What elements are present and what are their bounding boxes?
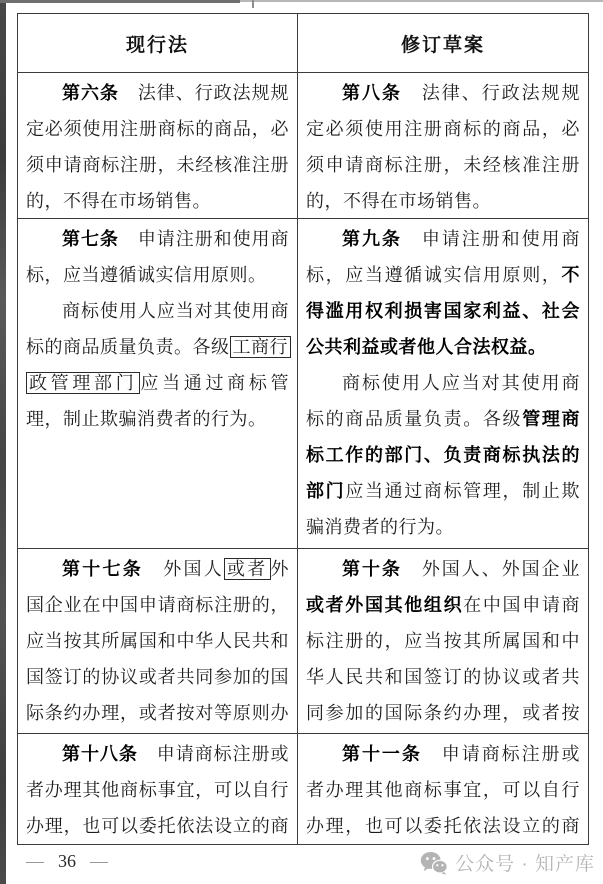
header-current-law: 现行法 (18, 14, 298, 72)
wechat-watermark: 公众号 · 知产库 (420, 849, 595, 876)
top-divider-remnant (252, 0, 254, 8)
page-number-dash-left: — (26, 851, 44, 872)
table-row-article-17-vs-10: 第十七条 外国人或者外国企业在中国申请商标注册的，应当按其所属国和中华人民共和国… (18, 549, 588, 734)
document-page: { "page": { "background": "#ffffff", "bo… (0, 0, 603, 884)
cell-draft-article-10: 第十条 外国人、外国企业或者外国其他组织在中国申请商标注册的，应当按其所属国和中… (298, 549, 588, 733)
cell-draft-article-8: 第八条 法律、行政法规规定必须使用注册商标的商品，必须申请商标注册，未经核准注册… (298, 73, 588, 218)
top-border-remnant (0, 0, 240, 3)
table-row-article-7-vs-9: 第七条 申请注册和使用商标，应当遵循诚实信用原则。商标使用人应当对其使用商标的商… (18, 219, 588, 549)
top-border-remnant-light (240, 0, 603, 2)
law-comparison-table: 现行法 修订草案 第六条 法律、行政法规规定必须使用注册商标的商品，必须申请商标… (17, 13, 589, 845)
page-number-value: 36 (58, 851, 76, 872)
cell-current-law-article-17: 第十七条 外国人或者外国企业在中国申请商标注册的，应当按其所属国和中华人民共和国… (18, 549, 298, 733)
cell-draft-article-9: 第九条 申请注册和使用商标，应当遵循诚实信用原则，不得滥用权利损害国家利益、社会… (298, 219, 588, 548)
cell-current-law-article-18: 第十八条 申请商标注册或者办理其他商标事宜，可以自行办理，也可以委托依法设立的商… (18, 734, 298, 844)
watermark-label: 公众号 · 知产库 (455, 849, 595, 876)
cell-draft-article-11: 第十一条 申请商标注册或者办理其他商标事宜，可以自行办理，也可以委托依法设立的商… (298, 734, 588, 844)
wechat-icon (420, 851, 448, 875)
page-number: — 36 — (26, 851, 108, 872)
page-number-dash-right: — (90, 851, 108, 872)
header-revision-draft: 修订草案 (298, 14, 588, 72)
table-row-article-18-vs-11: 第十八条 申请商标注册或者办理其他商标事宜，可以自行办理，也可以委托依法设立的商… (18, 734, 588, 844)
table-row-article-6-vs-8: 第六条 法律、行政法规规定必须使用注册商标的商品，必须申请商标注册，未经核准注册… (18, 73, 588, 219)
cell-current-law-article-6: 第六条 法律、行政法规规定必须使用注册商标的商品，必须申请商标注册，未经核准注册… (18, 73, 298, 218)
scan-edge-strip (0, 0, 6, 884)
table-header-row: 现行法 修订草案 (18, 14, 588, 73)
cell-current-law-article-7: 第七条 申请注册和使用商标，应当遵循诚实信用原则。商标使用人应当对其使用商标的商… (18, 219, 298, 548)
